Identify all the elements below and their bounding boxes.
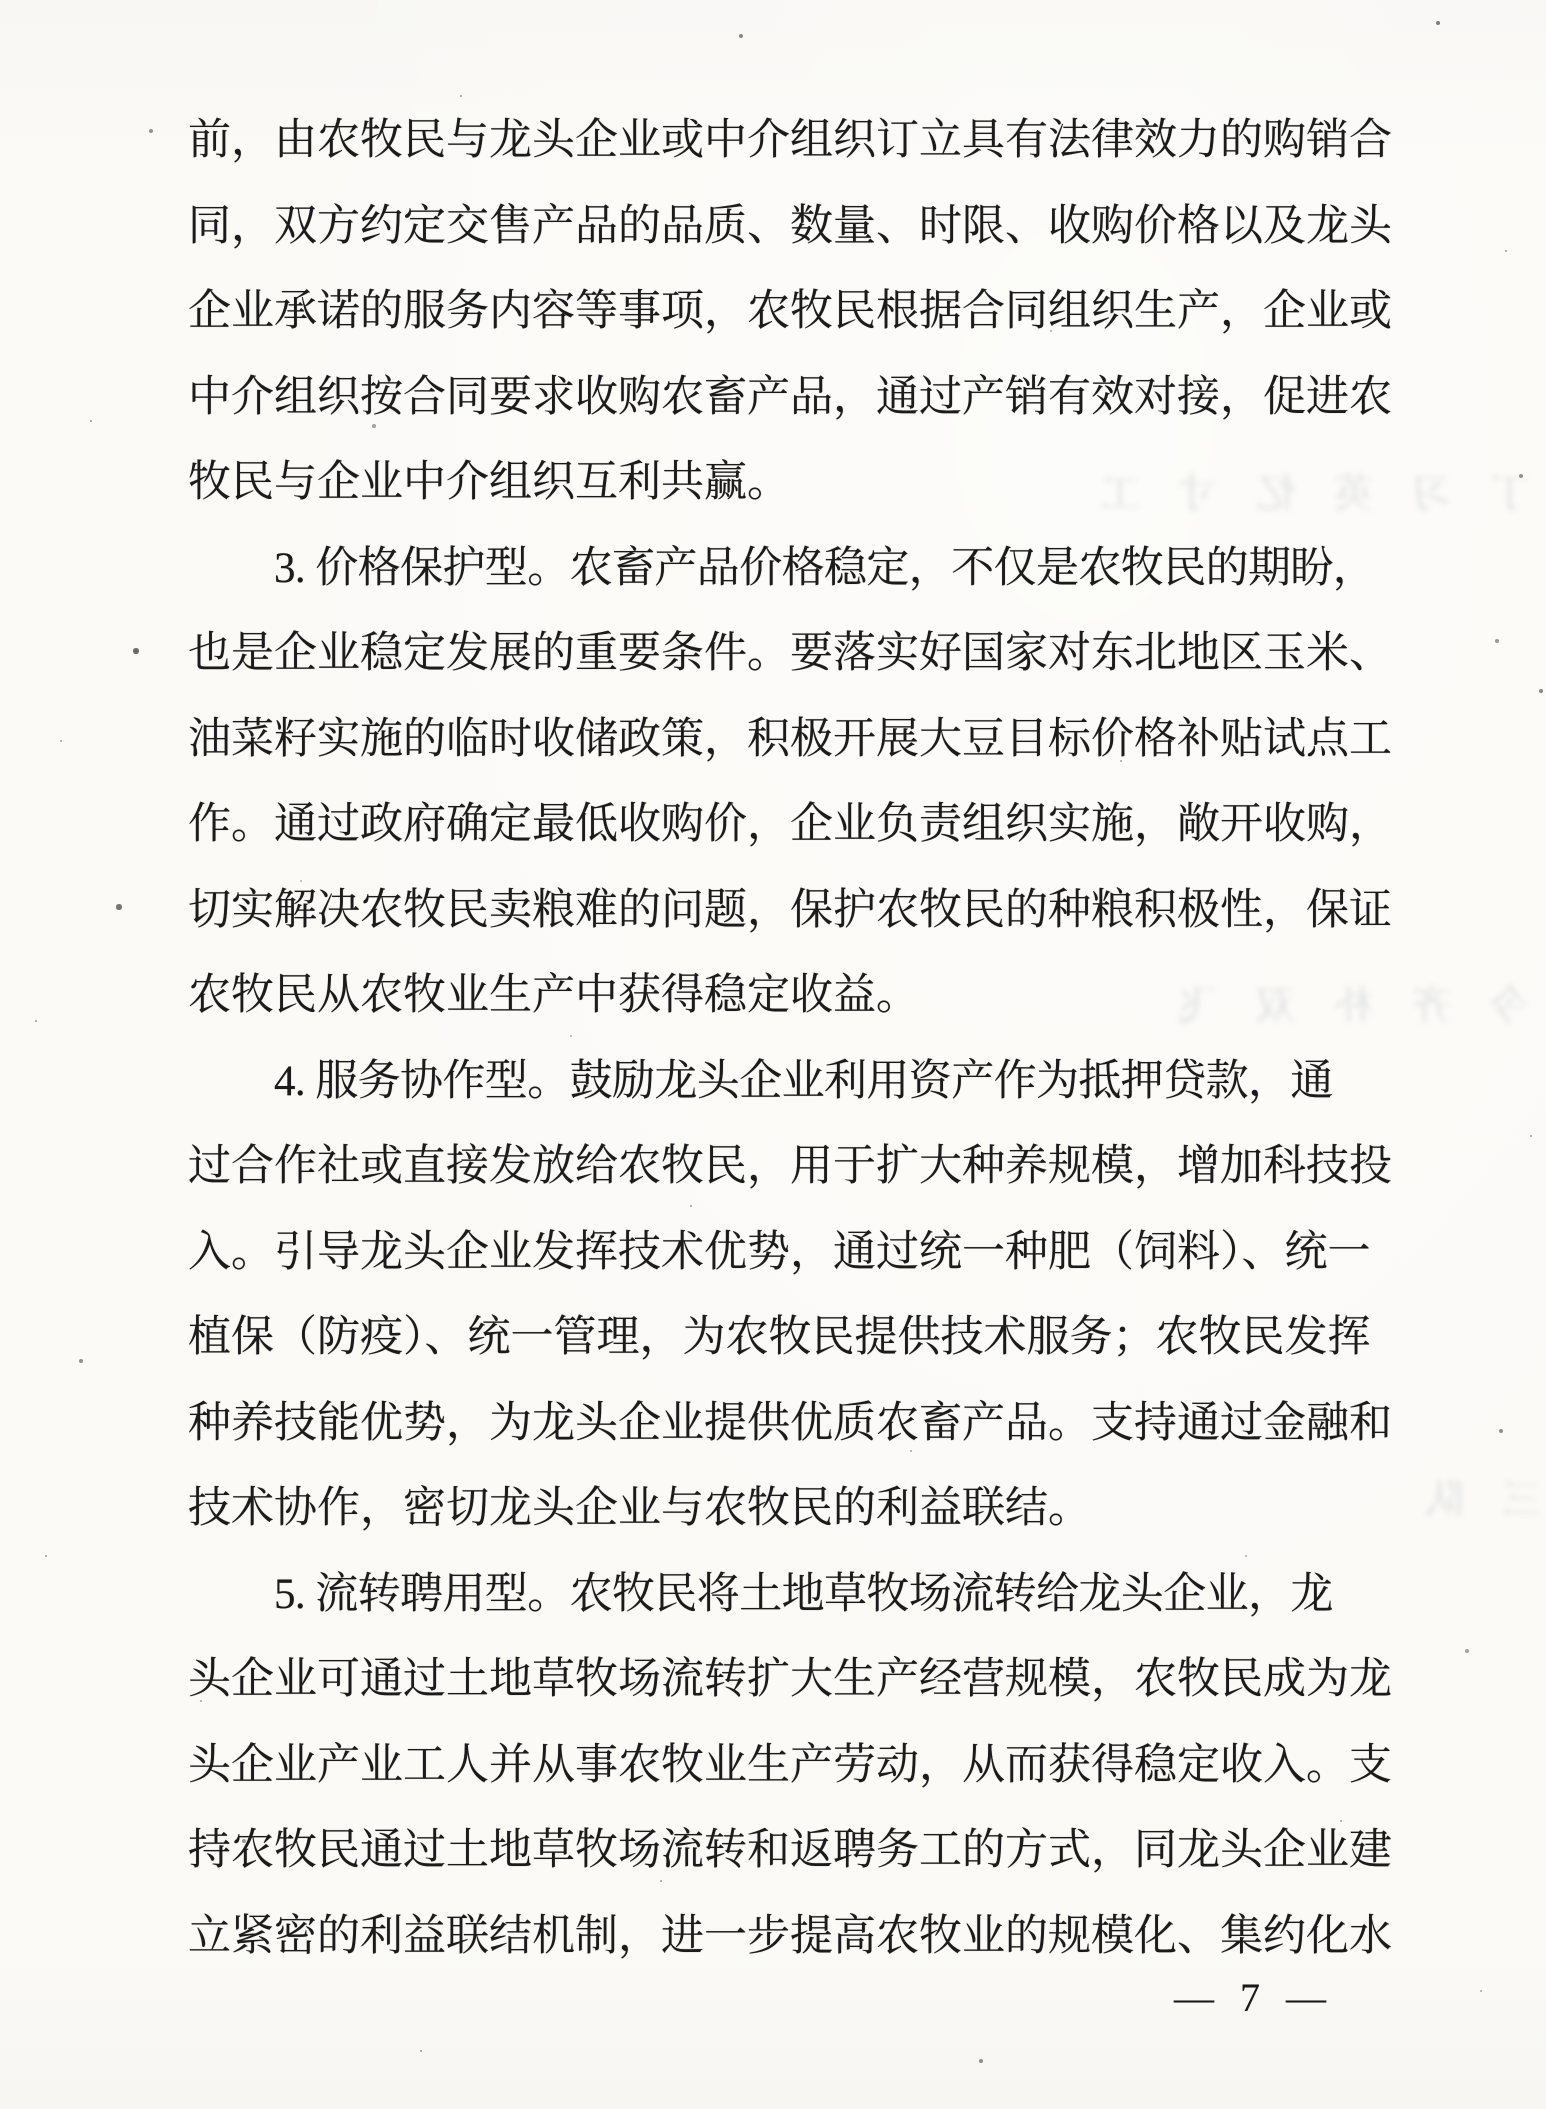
text-line: 持农牧民通过土地草牧场流转和返聘务工的方式，同龙头企业建 (188, 1808, 1403, 1894)
text-line: 前，由农牧民与龙头企业或中介组织订立具有法律效力的购销合 (188, 98, 1403, 184)
text-line: 过合作社或直接发放给农牧民，用于扩大种养规模，增加科技投 (188, 1124, 1403, 1210)
text-line: 同，双方约定交售产品的品质、数量、时限、收购价格以及龙头 (188, 184, 1403, 270)
text-line: 立紧密的利益联结机制，进一步提高农牧业的规模化、集约化水 (188, 1894, 1403, 1980)
text-line: 中介组织按合同要求收购农畜产品，通过产销有效对接，促进农 (188, 355, 1403, 441)
text-line: 种养技能优势，为龙头企业提供优质农畜产品。支持通过金融和 (188, 1381, 1403, 1467)
body-text: 前，由农牧民与龙头企业或中介组织订立具有法律效力的购销合 同，双方约定交售产品的… (188, 98, 1403, 1979)
text-line: 头企业产业工人并从事农牧业生产劳动，从而获得稳定收入。支 (188, 1723, 1403, 1809)
scan-noise (0, 0, 2, 2)
text-line-numbered-item-3: 3. 价格保护型。农畜产品价格稳定，不仅是农牧民的期盼， (188, 526, 1403, 612)
document-page: 丁 习 英 忆 寸 工 今 齐 朴 双 飞 三 队 前，由农牧民与龙头企业或中介… (0, 0, 1546, 2109)
page-number: — 7 — (1174, 1976, 1328, 2020)
text-line: 头企业可通过土地草牧场流转扩大生产经营规模，农牧民成为龙 (188, 1637, 1403, 1723)
text-line: 入。引导龙头企业发挥技术优势，通过统一种肥（饲料）、统一 (188, 1210, 1403, 1296)
text-line: 也是企业稳定发展的重要条件。要落实好国家对东北地区玉米、 (188, 611, 1403, 697)
text-line: 作。通过政府确定最低收购价，企业负责组织实施，敞开收购， (188, 782, 1403, 868)
text-line: 切实解决农牧民卖粮难的问题，保护农牧民的种粮积极性，保证 (188, 868, 1403, 954)
text-line-numbered-item-5: 5. 流转聘用型。农牧民将土地草牧场流转给龙头企业，龙 (188, 1552, 1403, 1638)
text-line: 企业承诺的服务内容等事项，农牧民根据合同组织生产，企业或 (188, 269, 1403, 355)
text-line: 植保（防疫）、统一管理，为农牧民提供技术服务；农牧民发挥 (188, 1295, 1403, 1381)
text-line: 农牧民从农牧业生产中获得稳定收益。 (188, 953, 1403, 1039)
text-line-numbered-item-4: 4. 服务协作型。鼓励龙头企业利用资产作为抵押贷款，通 (188, 1039, 1403, 1125)
scan-noise (0, 0, 2, 2)
text-line: 油菜籽实施的临时收储政策，积极开展大豆目标价格补贴试点工 (188, 697, 1403, 783)
text-line: 技术协作，密切龙头企业与农牧民的利益联结。 (188, 1466, 1403, 1552)
text-line: 牧民与企业中介组织互利共赢。 (188, 440, 1403, 526)
